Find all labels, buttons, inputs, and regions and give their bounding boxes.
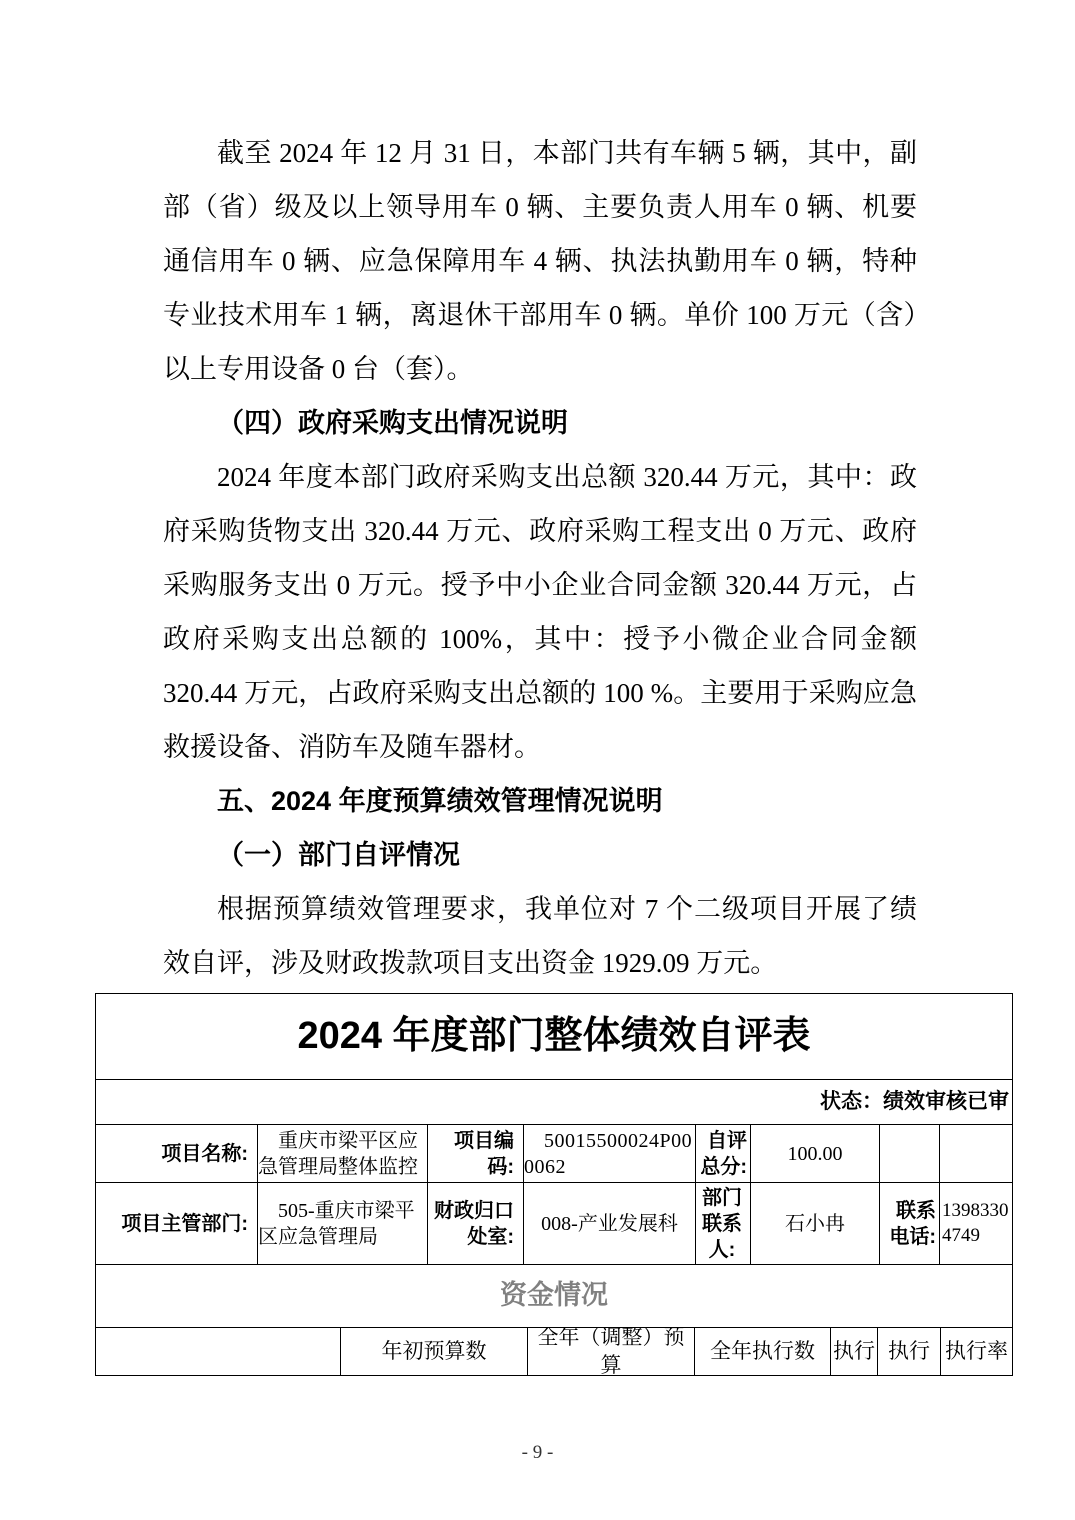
performance-self-eval-table: 2024 年度部门整体绩效自评表 状态：绩效审核已审 项目名称: 重庆市梁平区应… (95, 993, 1013, 1376)
fund-header-initial-budget: 年初预算数 (341, 1328, 528, 1375)
paragraph-procurement: 2024 年度本部门政府采购支出总额 320.44 万元，其中：政府采购货物支出… (163, 450, 917, 774)
heading-performance-management: 五、2024 年度预算绩效管理情况说明 (163, 774, 917, 828)
self-score-cell: 100.00 (751, 1125, 880, 1182)
finance-office-cell: 008-产业发展科 (524, 1183, 696, 1264)
dept-label-cell: 项目主管部门: (96, 1183, 258, 1264)
fund-header-execution-rate: 执行率 (941, 1328, 1012, 1375)
status-text: 状态：绩效审核已审 (96, 1080, 1012, 1125)
contact-cell: 石小冉 (751, 1183, 880, 1264)
fund-header-execution-1: 执行 (831, 1328, 878, 1375)
project-code-cell: 50015500024P000062 (524, 1125, 696, 1182)
table-title: 2024 年度部门整体绩效自评表 (96, 994, 1012, 1080)
finance-office-label-cell: 财政归口 处室: (428, 1183, 524, 1264)
heading-self-evaluation: （一）部门自评情况 (163, 828, 917, 882)
project-name-label-cell: 项目名称: (96, 1125, 258, 1182)
paragraph-self-evaluation: 根据预算绩效管理要求，我单位对 7 个二级项目开展了绩效自评，涉及财政拨款项目支… (163, 882, 917, 990)
body-text: 截至 2024 年 12 月 31 日，本部门共有车辆 5 辆，其中，副部（省）… (163, 126, 917, 990)
project-code-label-cell: 项目编码: (428, 1125, 524, 1182)
table-row-fund-headers: 年初预算数 全年（调整）预算 全年执行数 执行 执行 执行率 (96, 1328, 1012, 1375)
dept-cell: 505-重庆市梁平区应急管理局 (258, 1183, 428, 1264)
empty-cell-1 (880, 1125, 940, 1182)
funds-section-header: 资金情况 (96, 1265, 1012, 1328)
page-number: - 9 - (0, 1442, 1075, 1464)
empty-cell-2 (940, 1125, 1012, 1182)
fund-header-empty (96, 1328, 341, 1375)
phone-cell: 13983304749 (940, 1183, 1012, 1264)
paragraph-vehicles: 截至 2024 年 12 月 31 日，本部门共有车辆 5 辆，其中，副部（省）… (163, 126, 917, 396)
table-row-department-info: 项目主管部门: 505-重庆市梁平区应急管理局 财政归口 处室: 008-产业发… (96, 1183, 1012, 1265)
project-name-cell: 重庆市梁平区应急管理局整体监控 (258, 1125, 428, 1182)
fund-header-adjusted-budget: 全年（调整）预算 (528, 1328, 695, 1375)
document-page: 截至 2024 年 12 月 31 日，本部门共有车辆 5 辆，其中，副部（省）… (0, 0, 1075, 1520)
fund-header-execution-2: 执行 (878, 1328, 941, 1375)
heading-procurement: （四）政府采购支出情况说明 (163, 396, 917, 450)
phone-label-cell: 联系 电话: (880, 1183, 940, 1264)
self-score-label-cell: 自评 总分: (696, 1125, 751, 1182)
table-row-project-info: 项目名称: 重庆市梁平区应急管理局整体监控 项目编码: 50015500024P… (96, 1125, 1012, 1183)
fund-header-annual-execution: 全年执行数 (695, 1328, 831, 1375)
contact-label-cell: 部门 联系 人: (696, 1183, 751, 1264)
